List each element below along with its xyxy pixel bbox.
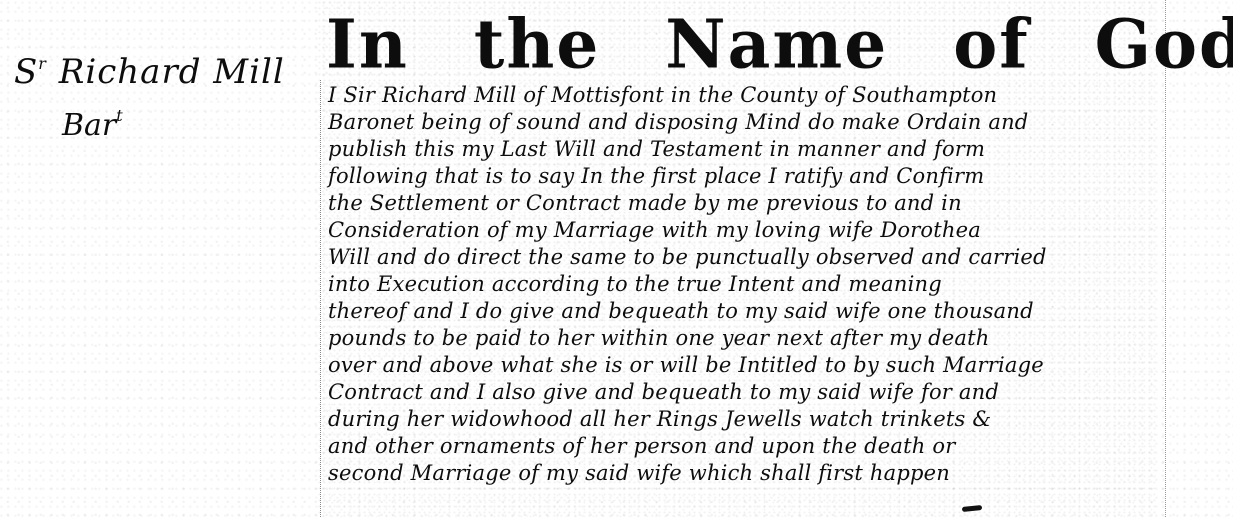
document-page: Sr Richard Mill Bart In the Name of God … xyxy=(0,0,1233,517)
heading-word: Name xyxy=(665,4,888,84)
text-line: following that is to say In the first pl… xyxy=(328,163,1168,190)
text-line: Contract and I also give and bequeath to… xyxy=(328,379,1168,406)
heading-word: God xyxy=(1095,4,1233,84)
name-prefix-sup: r xyxy=(38,54,47,73)
text-line: thereof and I do give and bequeath to my… xyxy=(328,298,1168,325)
title-sup: t xyxy=(116,106,122,125)
name-text: Richard Mill xyxy=(59,52,285,92)
heading-word: of xyxy=(953,4,1029,84)
text-line: pounds to be paid to her within one year… xyxy=(328,325,1168,352)
text-line: Will and do direct the same to be punctu… xyxy=(328,244,1168,271)
name-prefix: S xyxy=(14,52,38,92)
text-line: second Marriage of my said wife which sh… xyxy=(328,460,1168,487)
heading-word: In xyxy=(326,4,409,84)
text-line: over and above what she is or will be In… xyxy=(328,352,1168,379)
text-line: publish this my Last Will and Testament … xyxy=(328,136,1168,163)
text-line: the Settlement or Contract made by me pr… xyxy=(328,190,1168,217)
heading-word: the xyxy=(474,4,600,84)
title-text: Bar xyxy=(62,108,116,143)
will-body: I Sir Richard Mill of Mottisfont in the … xyxy=(328,82,1168,487)
text-line: and other ornaments of her person and up… xyxy=(328,433,1168,460)
margin-title: Bart xyxy=(62,92,314,150)
margin-name: Sr Richard Mill xyxy=(14,44,314,92)
text-line: I Sir Richard Mill of Mottisfont in the … xyxy=(328,82,1168,109)
margin-rule xyxy=(320,80,321,517)
text-line: into Execution according to the true Int… xyxy=(328,271,1168,298)
text-line: Baronet being of sound and disposing Min… xyxy=(328,109,1168,136)
heading-invocation: In the Name of God Amen xyxy=(326,5,1166,83)
text-line: during her widowhood all her Rings Jewel… xyxy=(328,406,1168,433)
text-line: Consideration of my Marriage with my lov… xyxy=(328,217,1168,244)
margin-note: Sr Richard Mill Bart xyxy=(14,44,314,150)
